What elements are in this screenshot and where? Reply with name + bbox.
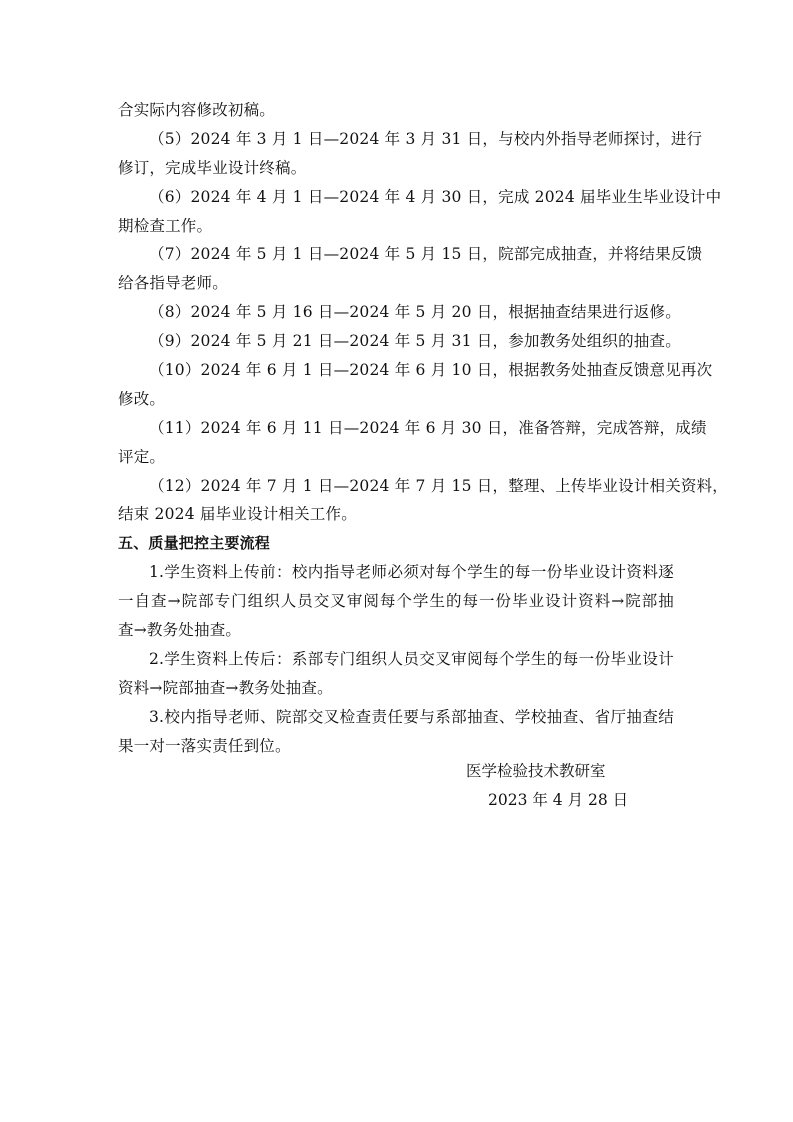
paragraph-line: 结束 2024 届毕业设计相关工作。 [118, 500, 674, 529]
schedule-item-7: （7）2024 年 5 月 1 日—2024 年 5 月 15 日，院部完成抽查… [118, 240, 674, 269]
paragraph-line: 修订，完成毕业设计终稿。 [118, 154, 674, 183]
process-item-3: 3.校内指导老师、院部交叉检查责任要与系部抽查、学校抽查、省厅抽查结 [118, 703, 674, 732]
paragraph-line: 期检查工作。 [118, 212, 674, 241]
signature-organization: 医学检验技术教研室 [466, 759, 606, 781]
schedule-item-6: （6）2024 年 4 月 1 日—2024 年 4 月 30 日，完成 202… [118, 183, 674, 212]
process-item-2: 2.学生资料上传后：系部专门组织人员交叉审阅每个学生的每一份毕业设计 [118, 645, 674, 674]
signature-date: 2023 年 4 月 28 日 [488, 788, 628, 810]
schedule-item-9: （9）2024 年 5 月 21 日—2024 年 5 月 31 日，参加教务处… [118, 327, 674, 356]
paragraph-line: 合实际内容修改初稿。 [118, 96, 674, 125]
schedule-item-8: （8）2024 年 5 月 16 日—2024 年 5 月 20 日，根据抽查结… [118, 298, 674, 327]
schedule-item-10: （10）2024 年 6 月 1 日—2024 年 6 月 10 日，根据教务处… [118, 356, 674, 385]
schedule-item-5: （5）2024 年 3 月 1 日—2024 年 3 月 31 日，与校内外指导… [118, 125, 674, 154]
paragraph-line: 果一对一落实责任到位。 [118, 732, 674, 761]
paragraph-line: 查→教务处抽查。 [118, 616, 674, 645]
section-heading: 五、质量把控主要流程 [118, 529, 674, 558]
paragraph-line: 一自查→院部专门组织人员交叉审阅每个学生的每一份毕业设计资料→院部抽 [118, 587, 674, 616]
schedule-item-12: （12）2024 年 7 月 1 日—2024 年 7 月 15 日，整理、上传… [118, 472, 674, 501]
paragraph-line: 资料→院部抽查→教务处抽查。 [118, 674, 674, 703]
paragraph-line: 给各指导老师。 [118, 269, 674, 298]
schedule-item-11: （11）2024 年 6 月 11 日—2024 年 6 月 30 日，准备答辩… [118, 414, 674, 443]
document-page: 合实际内容修改初稿。 （5）2024 年 3 月 1 日—2024 年 3 月 … [118, 96, 674, 760]
paragraph-line: 修改。 [118, 385, 674, 414]
process-item-1: 1.学生资料上传前：校内指导老师必须对每个学生的每一份毕业设计资料逐 [118, 558, 674, 587]
paragraph-line: 评定。 [118, 443, 674, 472]
